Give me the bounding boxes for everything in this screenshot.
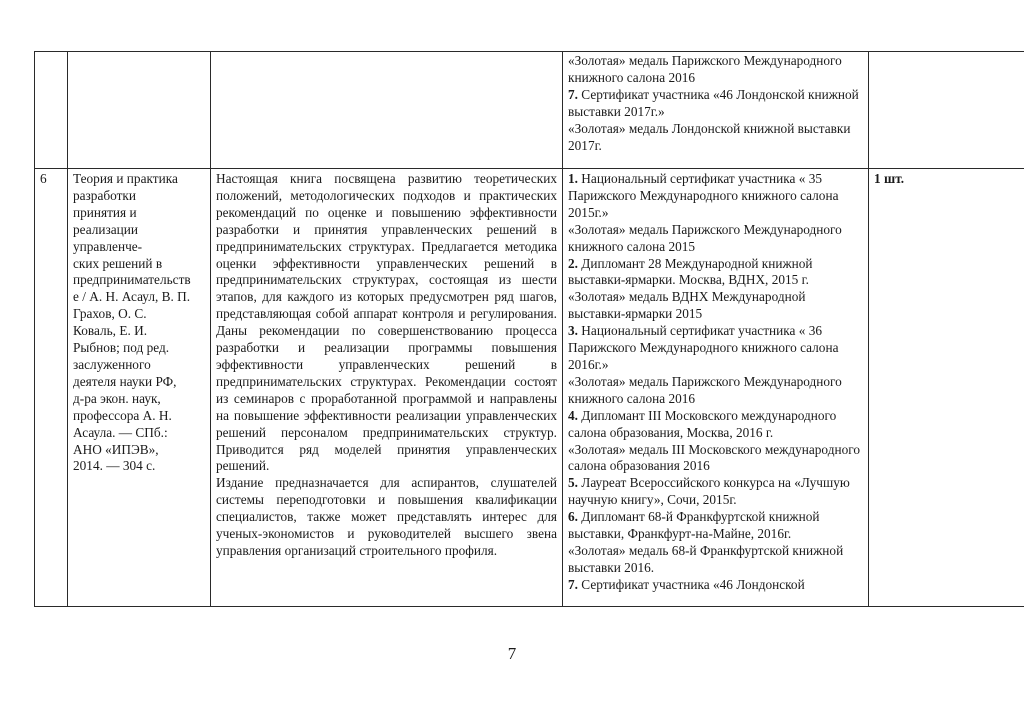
award-text: Сертификат участника «46 Лондонской [578, 577, 805, 592]
award-item: 7. Сертификат участника «46 Лондонской [568, 577, 863, 594]
book-citation: Теория и практикаразработкипринятия иреа… [73, 171, 205, 475]
citation-line: профессора А. Н. [73, 408, 205, 425]
awards-table: «Золотая» медаль Парижского Международно… [34, 51, 1024, 607]
award-text: Национальный сертификат участника « 36 П… [568, 323, 838, 372]
award-text: Дипломант 68-й Франкфуртской книжной выс… [568, 509, 820, 541]
award-text: Сертификат участника «46 Лондонской книж… [568, 87, 859, 119]
award-item: 7. Сертификат участника «46 Лондонской к… [568, 87, 863, 121]
award-item: «Золотая» медаль Парижского Международно… [568, 374, 863, 408]
award-number: 7. [568, 87, 578, 102]
awards-list: 1. Национальный сертификат участника « 3… [568, 171, 863, 594]
cell-number: 6 [35, 169, 68, 607]
award-number: 2. [568, 256, 578, 271]
citation-line: е / А. Н. Асаул, В. П. [73, 289, 205, 306]
award-item: 6. Дипломант 68-й Франкфуртской книжной … [568, 509, 863, 543]
award-text: «Золотая» медаль Парижского Международно… [568, 53, 842, 85]
citation-line: ских решений в [73, 256, 205, 273]
cell-description: Настоящая книга посвящена развитию теоре… [211, 169, 563, 607]
award-text: «Золотая» медаль ВДНХ Международной выст… [568, 289, 806, 321]
cell-number [35, 52, 68, 169]
citation-line: управленче- [73, 239, 205, 256]
cell-title: Теория и практикаразработкипринятия иреа… [68, 169, 211, 607]
citation-line: АНО «ИПЭВ», [73, 442, 205, 459]
cell-awards: 1. Национальный сертификат участника « 3… [563, 169, 869, 607]
award-item: «Золотая» медаль Парижского Международно… [568, 53, 863, 87]
award-text: «Золотая» медаль Лондонской книжной выст… [568, 121, 851, 153]
citation-line: реализации [73, 222, 205, 239]
citation-line: Асаула. — СПб.: [73, 425, 205, 442]
cell-awards: «Золотая» медаль Парижского Международно… [563, 52, 869, 169]
citation-line: разработки [73, 188, 205, 205]
award-number: 5. [568, 475, 578, 490]
citation-line: Грахов, О. С. [73, 306, 205, 323]
award-text: Национальный сертификат участника « 35 П… [568, 171, 838, 220]
award-item: 2. Дипломант 28 Международной книжной вы… [568, 256, 863, 290]
citation-line: 2014. — 304 с. [73, 458, 205, 475]
award-number: 1. [568, 171, 578, 186]
citation-line: Рыбнов; под ред. [73, 340, 205, 357]
citation-line: Коваль, Е. И. [73, 323, 205, 340]
awards-list: «Золотая» медаль Парижского Международно… [568, 53, 863, 154]
award-number: 7. [568, 577, 578, 592]
citation-line: д-ра экон. наук, [73, 391, 205, 408]
page-number: 7 [0, 644, 1024, 664]
award-text: Лауреат Всероссийского конкурса на «Лучш… [568, 475, 850, 507]
table-row-continued: «Золотая» медаль Парижского Международно… [35, 52, 1024, 169]
award-item: «Золотая» медаль Лондонской книжной выст… [568, 121, 863, 155]
citation-line: заслуженного [73, 357, 205, 374]
award-text: «Золотая» медаль Парижского Международно… [568, 374, 842, 406]
award-number: 3. [568, 323, 578, 338]
award-text: «Золотая» медаль 68-й Франкфуртской книж… [568, 543, 843, 575]
award-number: 6. [568, 509, 578, 524]
citation-line: деятеля науки РФ, [73, 374, 205, 391]
cell-title [68, 52, 211, 169]
award-item: «Золотая» медаль ВДНХ Международной выст… [568, 289, 863, 323]
award-item: «Золотая» медаль Парижского Международно… [568, 222, 863, 256]
document-page: «Золотая» медаль Парижского Международно… [0, 0, 1024, 723]
table-row: 6 Теория и практикаразработкипринятия ир… [35, 169, 1024, 607]
citation-line: принятия и [73, 205, 205, 222]
cell-description [211, 52, 563, 169]
award-item: 5. Лауреат Всероссийского конкурса на «Л… [568, 475, 863, 509]
award-item: 1. Национальный сертификат участника « 3… [568, 171, 863, 222]
award-item: «Золотая» медаль 68-й Франкфуртской книж… [568, 543, 863, 577]
award-text: Дипломант III Московского международного… [568, 408, 836, 440]
citation-line: предпринимательств [73, 272, 205, 289]
cell-quantity: 1 шт. [869, 169, 1024, 607]
award-item: 4. Дипломант III Московского международн… [568, 408, 863, 442]
description-paragraph: Настоящая книга посвящена развитию теоре… [216, 171, 557, 475]
award-item: 3. Национальный сертификат участника « 3… [568, 323, 863, 374]
cell-quantity [869, 52, 1024, 169]
award-item: «Золотая» медаль III Московского междуна… [568, 442, 863, 476]
award-number: 4. [568, 408, 578, 423]
description-paragraph: Издание предназначается для аспирантов, … [216, 475, 557, 560]
award-text: «Золотая» медаль Парижского Международно… [568, 222, 842, 254]
citation-line: Теория и практика [73, 171, 205, 188]
award-text: «Золотая» медаль III Московского междуна… [568, 442, 860, 474]
award-text: Дипломант 28 Международной книжной выста… [568, 256, 813, 288]
